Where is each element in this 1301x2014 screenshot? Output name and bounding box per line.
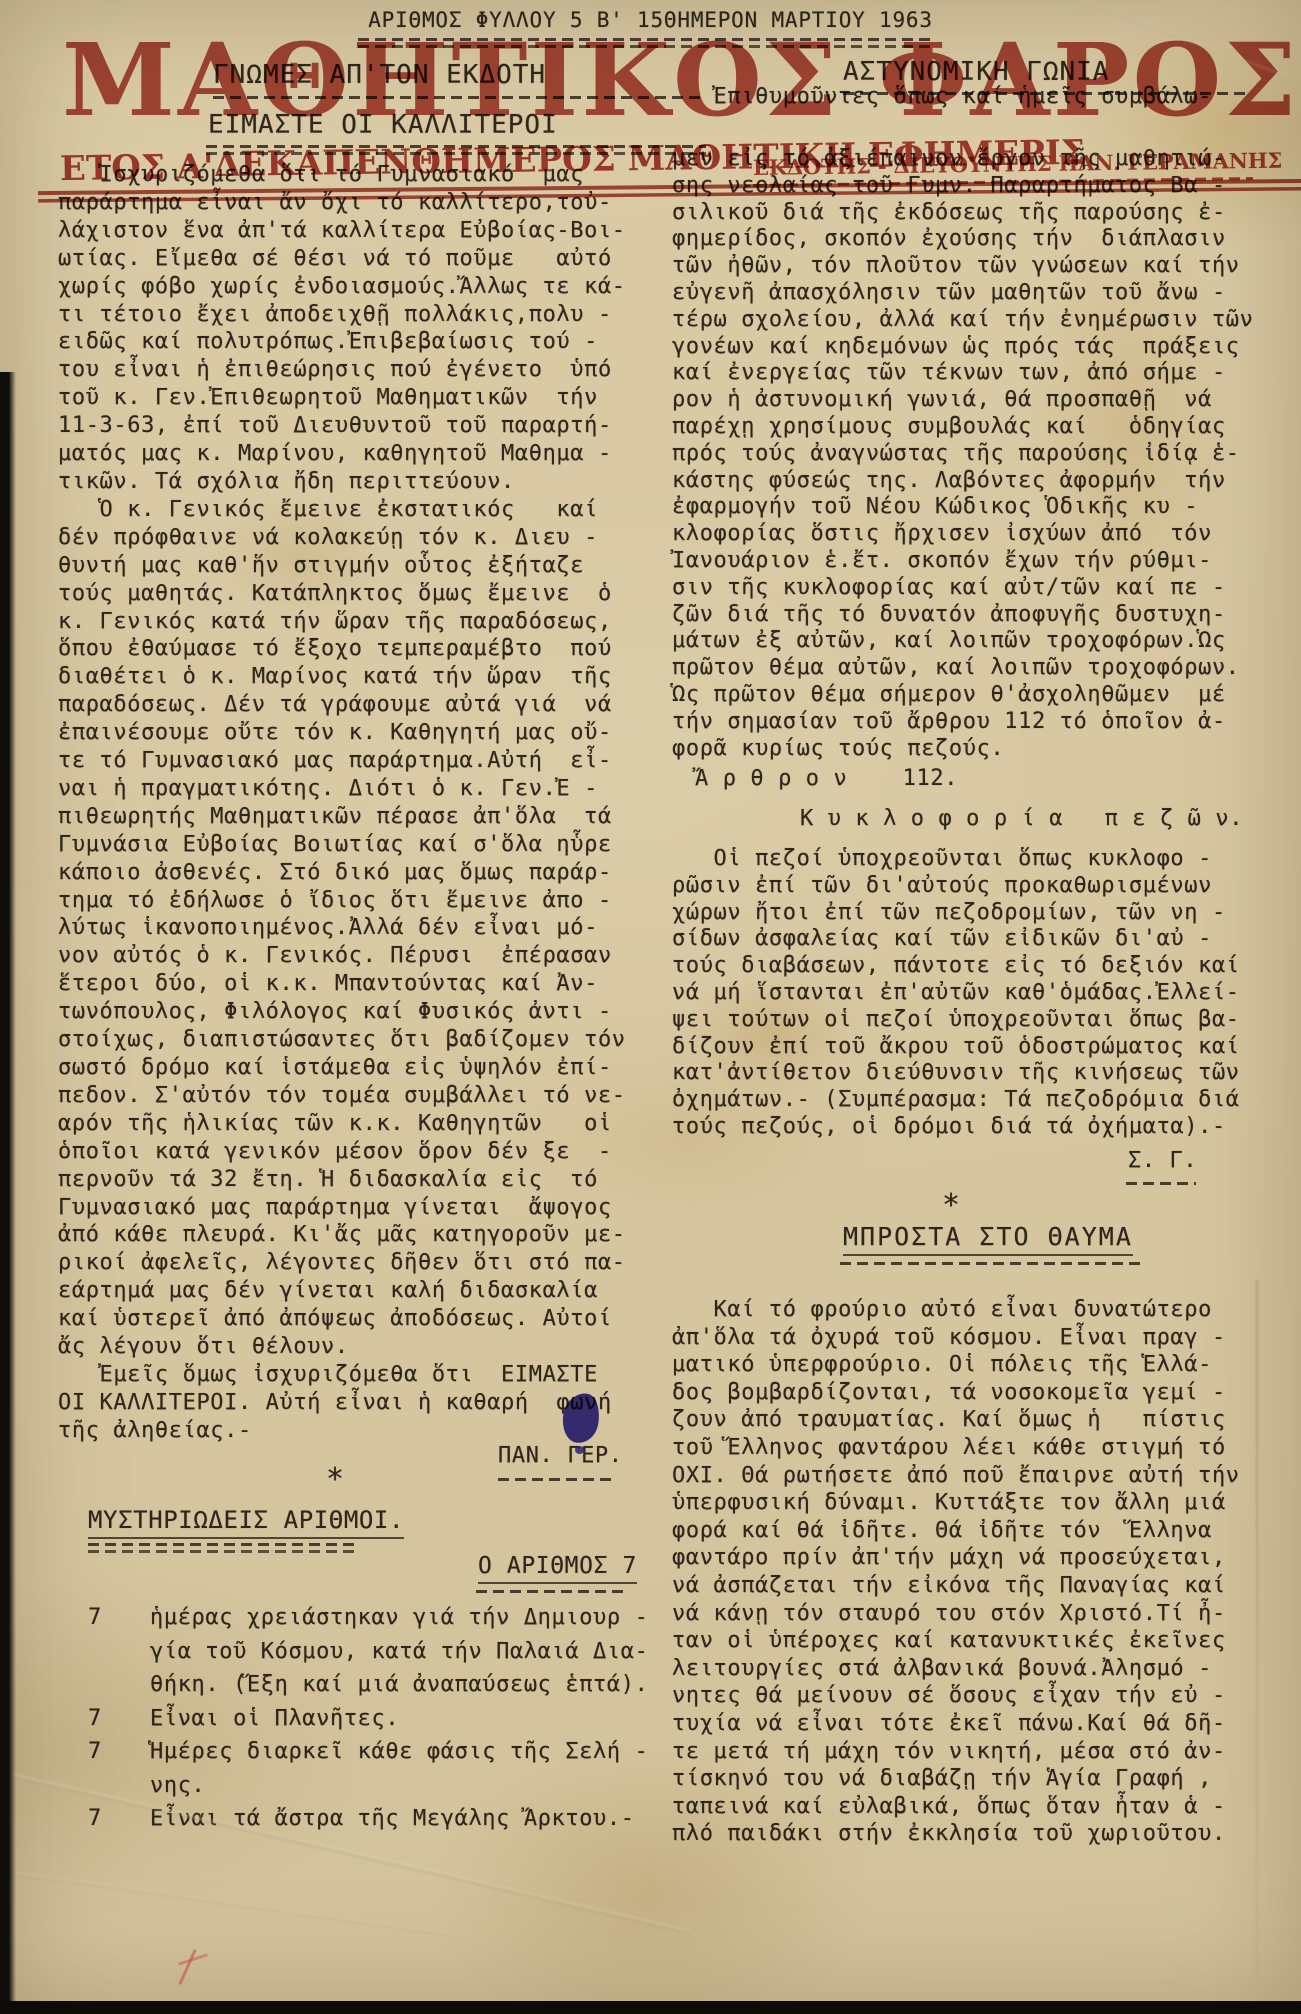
pedestrian-rules-body: Οἱ πεζοί ὑποχρεοῦνται ὅπως κυκλοφο -ρῶσι…	[672, 846, 1296, 1141]
section-separator-right: *	[942, 1188, 960, 1223]
list-item: 7 Ἡμέρες διαρκεῖ κάθε φάσις τῆς Σελή -νη…	[88, 1735, 678, 1802]
editorial-paragraph-2: Ὁ κ. Γενικός ἔμεινε ἐκστατικός καίδέν πρ…	[58, 496, 662, 1361]
editorial-paragraph-1: Ἰσχυριζόμεθα ὅτι τό Γυμνασιακό μαςπαράρτ…	[58, 161, 662, 496]
list-item: 7 ἡμέρας χρειάστηκαν γιά τήν Δημιουρ -γί…	[88, 1601, 678, 1702]
list-item: 7 Εἶναι οἱ Πλανῆτες.	[88, 1702, 678, 1736]
seven-facts-list: 7 ἡμέρας χρειάστηκαν γιά τήν Δημιουρ -γί…	[88, 1601, 678, 1836]
item-number: 7	[88, 1802, 150, 1836]
number-seven-subtitle: Ο ΑΡΙΘΜΟΣ 7	[478, 1553, 637, 1584]
list-item: 7 Εἶναι τά ἄστρα τῆς Μεγάλης Ἄρκτου.-	[88, 1802, 678, 1836]
kicker-editor-underline	[213, 96, 705, 99]
miracle-title-underline	[840, 1262, 1140, 1265]
paper-crease	[0, 1865, 458, 1937]
paper-crease	[1256, 1280, 1258, 1980]
police-signature-underline	[1126, 1182, 1196, 1185]
miracle-title: ΜΠΡΟΣΤΑ ΣΤΟ ΘΑΥΜΑ	[843, 1222, 1133, 1256]
article-title: Κ υ κ λ ο φ ο ρ ί α π ε ζ ῶ ν.	[800, 806, 1243, 831]
item-text: Εἶναι οἱ Πλανῆτες.	[150, 1702, 399, 1736]
kicker-we-are-the-best: ΕΙΜΑΣΤΕ ΟΙ ΚΑΛΛΙΤΕΡΟΙ	[208, 110, 558, 140]
item-text: ἡμέρας χρειάστηκαν γιά τήν Δημιουρ -γία …	[150, 1601, 648, 1702]
mysterious-numbers-title: ΜΥΣΤΗΡΙΩΔΕΙΣ ΑΡΙΘΜΟΙ.	[88, 1506, 404, 1539]
newspaper-page: ΑΡΙΘΜΟΣ ΦΥΛΛΟΥ 5 Β' 15ΘΗΜΕΡΟΝ ΜΑΡΤΙΟΥ 19…	[0, 0, 1301, 2014]
kicker-police-corner-underline	[843, 92, 1248, 95]
item-number: 7	[88, 1735, 150, 1802]
number-seven-underline	[476, 1590, 628, 1593]
section-separator-left: *	[326, 1462, 344, 1497]
mysterious-numbers-underline	[88, 1543, 360, 1553]
item-number: 7	[88, 1702, 150, 1736]
editorial-signature: ΠΑΝ. ΓΕΡ.	[498, 1443, 623, 1468]
red-pen-mark	[178, 1949, 196, 1985]
ink-blot-dot	[575, 1446, 584, 1454]
subtitle-year: ΕΤΟΣ Α'	[60, 147, 214, 189]
page-edge-bottom	[0, 2001, 1301, 2014]
kicker-police-corner: ΑΣΤΥΝΟΜΙΚΗ ΓΩΝΙΑ	[843, 57, 1109, 87]
kicker-editor-opinions: ΓΝΩΜΕΣ ΑΠ'ΤΟΝ ΕΚΔΟΤΗ	[213, 60, 546, 90]
page-edge-left	[0, 372, 16, 2014]
item-number: 7	[88, 1601, 150, 1702]
police-intro: μεν εἰς τό ἀξιέπαινον ἔργον τῆς μαθητιώ-…	[672, 146, 1296, 762]
item-text: Εἶναι τά ἄστρα τῆς Μεγάλης Ἄρκτου.-	[150, 1802, 635, 1836]
miracle-body: Καί τό φρούριο αὐτό εἶναι δυνατώτεροἀπ'ὅ…	[672, 1296, 1296, 1848]
editorial-signature-underline	[498, 1478, 616, 1481]
police-signature: Σ. Γ.	[1128, 1148, 1197, 1173]
item-text: Ἡμέρες διαρκεῖ κάθε φάσις τῆς Σελή -νης.	[150, 1735, 648, 1802]
police-intro-first-line: Ἐπιθυμοῦντες ὅπως καί ἡμεῖς συμβάλω-	[672, 84, 1296, 111]
editorial-article: Ἰσχυριζόμεθα ὅτι τό Γυμνασιακό μαςπαράρτ…	[58, 161, 662, 1445]
article-number-heading: Ἄ ρ θ ρ ο ν 112.	[695, 766, 958, 791]
editorial-paragraph-3: Ἐμεῖς ὅμως ἰσχυριζόμεθα ὅτι ΕΙΜΑΣΤΕΟΙ ΚΑ…	[58, 1361, 662, 1445]
